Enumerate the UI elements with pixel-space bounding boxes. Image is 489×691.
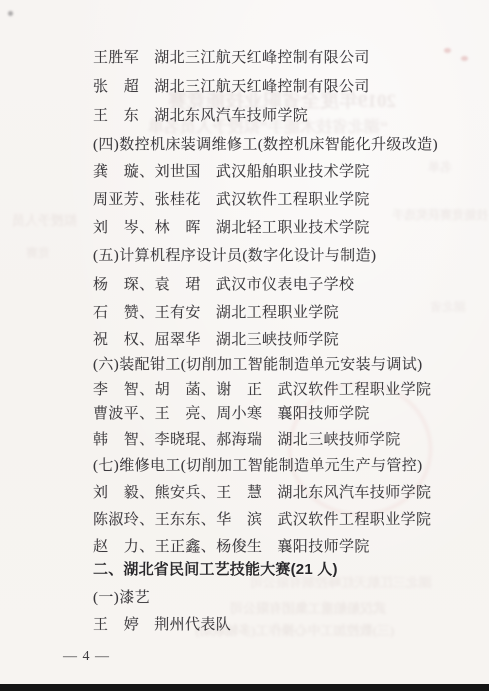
organization: 武汉软件工程职业学院 [216,192,370,208]
bleed-through-text: 技能竞赛获奖选手 [392,206,488,223]
organization: 武汉软件工程职业学院 [277,382,431,398]
winner-names: 周亚芳、张桂花 [93,192,201,208]
organization: 湖北三江航天红峰控制有限公司 [154,50,370,66]
page-number: — 4 — [63,649,110,665]
roster-entry: 祝 权、屈翠华湖北三峡技师学院 [93,330,339,350]
group-heading: (一)漆艺 [93,588,150,608]
winner-names: 刘 毅、熊安兵、王 慧 [93,485,262,501]
bleed-through-text: 竞赛 [26,244,50,261]
roster-entry: 石 赞、王有安湖北工程职业学院 [93,303,339,323]
roster-entry: 王 婷荆州代表队 [93,615,231,635]
organization: 湖北东风汽车技师学院 [277,485,431,501]
organization: 湖北工程职业学院 [216,305,339,321]
winner-names: 杨 琛、袁 珺 [93,277,201,293]
winner-names: 张 超 [93,79,139,95]
bleed-through-text: 名单 [428,158,452,175]
scan-edge-bar [0,684,489,691]
roster-entry: 王胜军湖北三江航天红峰控制有限公司 [93,48,370,68]
organization: 武汉软件工程职业学院 [277,512,431,528]
roster-entry: 刘 岑、林 晖湖北轻工职业技术学院 [93,218,370,238]
roster-entry: 杨 琛、袁 珺武汉市仪表电子学校 [93,275,354,295]
winner-names: 王 婷 [93,617,139,633]
winner-names: 祝 权、屈翠华 [93,332,201,348]
winner-names: 曹波平、王 亮、周小寒 [93,406,262,422]
roster-entry: 龚 璇、刘世国武汉船舶职业技术学院 [93,162,370,182]
organization: 湖北三江航天红峰控制有限公司 [154,79,370,95]
winner-names: 赵 力、王正鑫、杨俊生 [93,539,262,555]
organization: 湖北轻工职业技术学院 [216,220,370,236]
roster-entry: 周亚芳、张桂花武汉软件工程职业学院 [93,190,370,210]
bleed-through-text: 湖北省 [430,298,466,315]
winner-names: 李 智、胡 菡、谢 正 [93,382,262,398]
winner-names: 王胜军 [93,50,139,66]
group-heading: (五)计算机程序设计员(数字化设计与制造) [93,246,376,266]
winner-names: 刘 岑、林 晖 [93,220,201,236]
scan-speck [444,48,451,53]
part-title: 二、湖北省民间工艺技能大赛(21 人) [93,560,338,580]
roster-entry: 陈淑玲、王东东、华 滨武汉软件工程职业学院 [93,510,431,530]
organization: 武汉市仪表电子学校 [216,277,355,293]
winner-names: 陈淑玲、王东东、华 滨 [93,512,262,528]
roster-entry: 曹波平、王 亮、周小寒襄阳技师学院 [93,404,370,424]
organization: 襄阳技师学院 [277,539,369,555]
roster-entry: 刘 毅、熊安兵、王 慧湖北东风汽车技师学院 [93,483,431,503]
bleed-through-text: 武汉船舶重工集团有限公司 [230,598,386,617]
organization: 荆州代表队 [154,617,231,633]
group-heading: (七)维修电工(切削加工智能制造单元生产与管控) [93,456,423,476]
winner-names: 龚 璇、刘世国 [93,164,201,180]
winner-names: 石 赞、王有安 [93,305,201,321]
roster-entry: 韩 智、李晓琨、郝海瑞湖北三峡技师学院 [93,430,401,450]
organization: 武汉船舶职业技术学院 [216,164,370,180]
roster-entry: 李 智、胡 菡、谢 正武汉软件工程职业学院 [93,380,431,400]
organization: 湖北三峡技师学院 [216,332,339,348]
organization: 湖北三峡技师学院 [277,432,400,448]
winner-names: 韩 智、李晓琨、郝海瑞 [93,432,262,448]
group-heading: (四)数控机床装调维修工(数控机床智能化升级改造) [93,135,438,155]
group-heading: (六)装配钳工(切削加工智能制造单元安装与调试) [93,355,423,375]
roster-entry: 王 东湖北东风汽车技师学院 [93,106,308,126]
organization: 襄阳技师学院 [277,406,369,422]
bleed-through-text: 拟授予人员 [12,210,77,229]
scan-speck [461,56,468,61]
roster-entry: 赵 力、王正鑫、杨俊生襄阳技师学院 [93,537,370,557]
scan-speck [8,11,13,16]
roster-entry: 张 超湖北三江航天红峰控制有限公司 [93,77,370,97]
organization: 湖北东风汽车技师学院 [154,108,308,124]
document-page: 2019年度全省职业技能竞赛“湖北省技术能手”拟授予人员名单名单技能竞赛获奖选手… [0,0,489,691]
winner-names: 王 东 [93,108,139,124]
